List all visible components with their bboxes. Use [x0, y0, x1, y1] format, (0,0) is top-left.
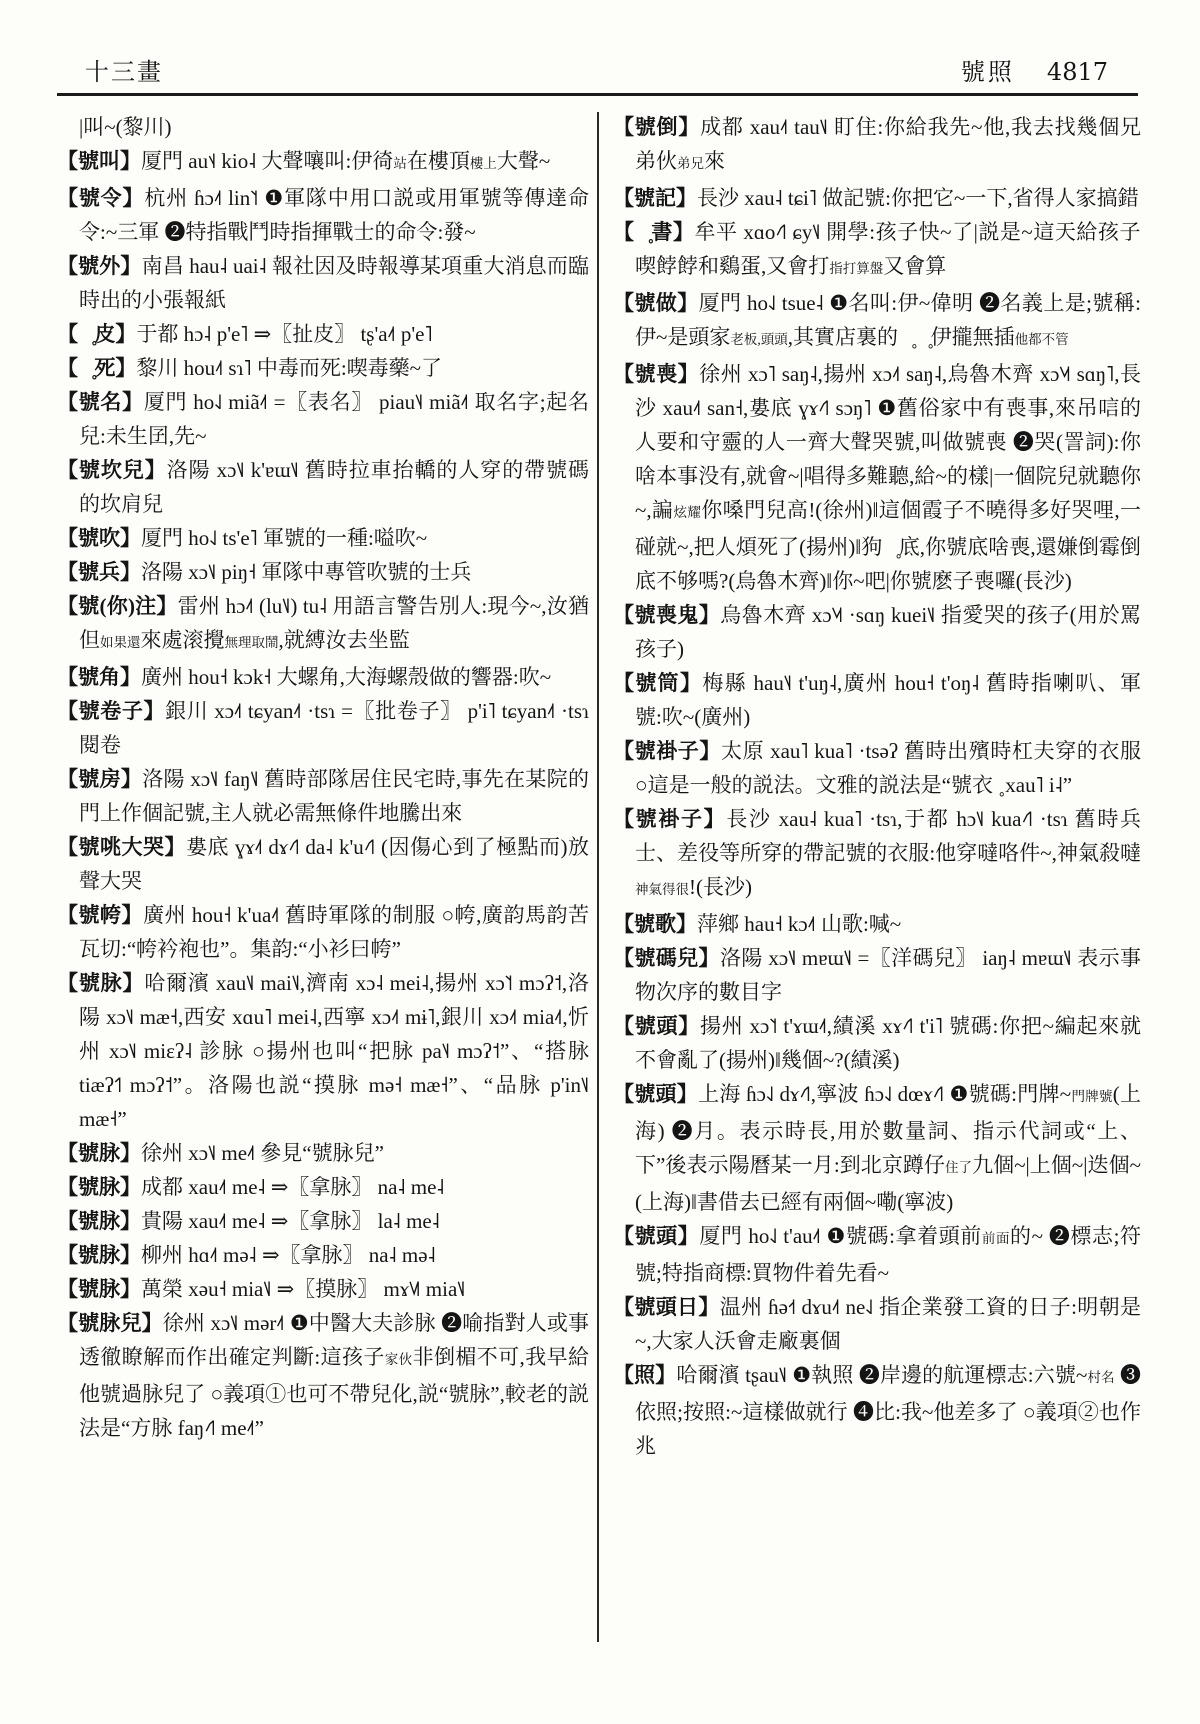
entry-headword: 【號褂子】	[613, 807, 726, 831]
entry-headword: 【號吹】	[57, 526, 141, 550]
inline-gloss: 神氣得很	[635, 882, 689, 897]
entry-headword: 【號脉】	[57, 1243, 141, 1267]
inline-gloss: 門牌號	[1071, 1089, 1113, 1104]
dictionary-entry: 【號脉】貴陽 xau˨˦ me˨ ⇒〖拿脉〗 la˨ me˨	[57, 1204, 589, 1238]
page-header: 十三畫 號照 4817	[57, 52, 1140, 92]
dictionary-entry: 【號脉】哈爾濱 xau˥˩ mai˥˩,濟南 xɔ˨ mei˨,揚州 xɔ˥˦ …	[57, 966, 589, 1136]
entry-text: 在樓頂	[407, 149, 470, 173]
dictionary-entry: 【號頭】厦門 ho˨˩ t'au˨˦ ❶號碼:拿着頭前前面的~ ❷標志;符號;特…	[613, 1219, 1141, 1290]
inline-gloss: 如果還	[100, 635, 141, 650]
entry-text: |叫~(黎川)	[79, 115, 172, 139]
page-number: 4817	[1047, 58, 1108, 86]
entry-headword: 【號脉】	[57, 1141, 141, 1165]
entry-text: 厦門 ho˨˩ ts'e˥ 軍號的一種:嗌吹~	[141, 526, 427, 550]
entry-headword: 【號名】	[57, 390, 144, 414]
dictionary-entry: 【號喪】徐州 xɔ˥ saŋ˨,揚州 xɔ˨˦ saŋ˨,烏魯木齊 xɔ˥˨˦ …	[613, 357, 1141, 598]
entry-headword: 【號外】	[57, 254, 142, 278]
entry-text: 厦門 ho˨˩ miã˨˦ =〖表名〗 piau˥˨ miã˨˦ 取名字;起名兒…	[79, 390, 589, 448]
entry-text: 萍鄉 hau˧ kɔ˨˦ 山歌:喊~	[697, 912, 901, 936]
entry-text: 柳州 hɑ˨˦ mə˨ ⇒〖拿脉〗 na˨ mə˨	[141, 1243, 436, 1267]
inline-gloss: 村名	[1087, 1370, 1114, 1385]
entry-headword: 【號喪】	[613, 362, 699, 386]
entry-text: 南昌 hau˨ uai˨ 報社因及時報導某項重大消息而臨時出的小張報紙	[79, 254, 589, 312]
entry-headword: 【號̥皮】	[57, 322, 136, 346]
header-rule	[57, 93, 1138, 96]
inline-gloss: 指打算盤	[829, 261, 883, 276]
entry-text: 洛陽 xɔ˥˩ piŋ˧ 軍隊中專管吹號的士兵	[141, 560, 471, 584]
dictionary-entry: 【號歌】萍鄉 hau˧ kɔ˨˦ 山歌:喊~	[613, 907, 1141, 941]
entry-headword: 【號倒】	[613, 115, 700, 139]
inline-gloss: 弟兄	[677, 156, 704, 171]
entry-headword: 【號脉】	[57, 971, 144, 995]
section-title: 十三畫	[85, 52, 163, 87]
dictionary-entry: 【號脉】萬榮 xəu˧ mia˥˩ ⇒〖摸脉〗 mɤ˥˩˥ mia˥˩	[57, 1272, 589, 1306]
right-column: 【號倒】成都 xau˨˦ tau˥˩ 盯住:你給我先~他,我去找幾個兄弟伙弟兄來…	[613, 110, 1141, 1463]
entry-text: 哈爾濱 tʂau˥˩ ❶執照 ❷岸邊的航運標志:六號~	[676, 1363, 1087, 1387]
column-divider	[597, 112, 599, 1642]
entry-headword: 【號頭日】	[613, 1295, 720, 1319]
inline-gloss: 炫耀	[673, 505, 701, 520]
entry-text: ,其實店裏的代̥志̥伊攏無插	[788, 325, 1015, 349]
dictionary-entry: 【號碼兒】洛陽 xɔ˥˩ mɐɯ˥˩ =〖洋碼兒〗 iaŋ˨ mɐɯ˥˩ 表示事…	[613, 941, 1141, 1009]
entry-headword: 【號房】	[57, 767, 142, 791]
entry-text: 梅縣 hau˥˨ t'uŋ˨,廣州 hou˧ t'oŋ˨ 舊時指喇叭、軍號:吹~…	[635, 671, 1141, 729]
dictionary-entry: 【照】哈爾濱 tʂau˥˩ ❶執照 ❷岸邊的航運標志:六號~村名 ❸依照;按照:…	[613, 1358, 1141, 1463]
dictionary-entry: 【號̥皮】于都 hɔ˨ p'e˥ ⇒〖扯皮〗 tʂ'a˨˦ p'e˥	[57, 317, 589, 351]
entry-headword: 【號脉】	[57, 1209, 141, 1233]
dictionary-entry: 【號(你)注】雷州 hɔ˨˦ (lu˥˩) tu˨ 用語言警告別人:現今~,汝猶…	[57, 589, 589, 660]
entry-text: 又會算	[883, 254, 946, 278]
inline-gloss: 無理取鬧	[225, 635, 279, 650]
entry-headword: 【號記】	[613, 186, 697, 210]
entry-headword: 【號̥書】	[613, 220, 694, 244]
dictionary-entry: 【號褂子】太原 xau˥ kua˥ ·tsəʔ 舊時出殯時杠夫穿的衣服 ○這是一…	[613, 734, 1141, 802]
entry-text: 洛陽 xɔ˥˩ faŋ˥˩ 舊時部隊居住民宅時,事先在某院的門上作個記號,主人就…	[79, 767, 589, 825]
entry-headword: 【號褂子】	[613, 739, 721, 763]
entry-text: 揚州 xɔ˥˦ t'ɤɯ˨˦,績溪 xɤ˨˦˥ t'i˥ 號碼:你把~編起來就不…	[635, 1014, 1141, 1072]
entry-headword: 【號做】	[613, 291, 699, 315]
dictionary-entry: 【號卷子】銀川 xɔ˨˦ tɕyan˨˦ ·tsɿ =〖批卷子〗 p'i˥ tɕ…	[57, 694, 589, 762]
dictionary-entry: 【號做】厦門 ho˨˩ tsue˨ ❶名叫:伊~偉明 ❷名義上是;號稱:伊~是頭…	[613, 286, 1141, 357]
entry-headword: 【號㡁】	[57, 903, 143, 927]
entry-headword: 【號脉兒】	[57, 1311, 163, 1335]
left-column: |叫~(黎川)【號叫】厦門 au˦˨ kio˨ 大聲嚷叫:伊徛站在樓頂樓上大聲~…	[57, 110, 589, 1445]
entry-headword: 【照】	[613, 1363, 676, 1387]
entry-headword: 【號咷大哭】	[57, 835, 186, 859]
entry-text: 廣州 hou˧ kɔk˧ 大螺角,大海螺殼做的響器:吹~	[141, 665, 551, 689]
dictionary-entry: 【號褂子】長沙 xau˨ kua˥ ·tsɿ,于都 hɔ˥˩ kua˨˦˥ ·t…	[613, 802, 1141, 907]
inline-gloss: 他都不管	[1015, 332, 1069, 347]
entry-headword: 【號脉】	[57, 1175, 141, 1199]
dictionary-entry: 【號記】長沙 xau˨ tɕi˥ 做記號:你把它~一下,省得人家搞錯	[613, 181, 1141, 215]
dictionary-entry: 【號頭】上海 ɦɔ˨˩ dɤ˨˦˥,寧波 ɦɔ˨˩ dœɤ˨˦˥ ❶號碼:門牌~…	[613, 1077, 1141, 1219]
entry-text: 厦門 ho˨˩ t'au˨˦ ❶號碼:拿着頭前	[699, 1224, 982, 1248]
entry-text: 上海 ɦɔ˨˩ dɤ˨˦˥,寧波 ɦɔ˨˩ dœɤ˨˦˥ ❶號碼:門牌~	[698, 1082, 1071, 1106]
inline-gloss: 住了	[945, 1160, 972, 1175]
entry-text: 于都 hɔ˨ p'e˥ ⇒〖扯皮〗 tʂ'a˨˦ p'e˥	[136, 322, 432, 346]
entry-headword: 【號角】	[57, 665, 141, 689]
entry-text: ,就縛汝去坐監	[279, 628, 410, 652]
entry-text: 哈爾濱 xau˥˩ mai˥˩,濟南 xɔ˨ mei˨,揚州 xɔ˥˦ mɔʔ˦…	[79, 971, 589, 1131]
dictionary-entry: 【號脉兒】徐州 xɔ˥˩ mər˨˦ ❶中醫大夫診脉 ❷喻指對人或事透徹瞭解而作…	[57, 1306, 589, 1445]
dictionary-entry: 【號㡁】廣州 hou˧ k'ua˨˦ 舊時軍隊的制服 ○㡁,廣韵馬韵苦瓦切:“㡁…	[57, 898, 589, 966]
entry-text: 成都 xau˨˦ me˨ ⇒〖拿脉〗 na˨ me˨	[141, 1175, 444, 1199]
inline-gloss: 站	[393, 156, 407, 171]
dictionary-entry: 【號喪鬼】烏魯木齊 xɔ˥˨˦ ·sɑŋ kuei˥˩ 指愛哭的孩子(用於罵孩子…	[613, 598, 1141, 666]
entry-continuation: |叫~(黎川)	[57, 110, 589, 144]
entry-headword: 【號喪鬼】	[613, 603, 720, 627]
entry-text: 貴陽 xau˨˦ me˨ ⇒〖拿脉〗 la˨ me˨	[141, 1209, 440, 1233]
entry-headword: 【號碼兒】	[613, 946, 720, 970]
dictionary-entry: 【號̥死】黎川 hou˨˦ sɿ˥ 中毒而死:喫毒藥~了	[57, 351, 589, 385]
entry-text: 你嗓門兒高!(徐州)‖這個霞子不曉得多好哭哩,一碰就~,把人煩死了(揚州)‖狗日…	[635, 498, 1141, 593]
dictionary-entry: 【號脉】成都 xau˨˦ me˨ ⇒〖拿脉〗 na˨ me˨	[57, 1170, 589, 1204]
dictionary-entry: 【號名】厦門 ho˨˩ miã˨˦ =〖表名〗 piau˥˨ miã˨˦ 取名字…	[57, 385, 589, 453]
inline-gloss: 樓上	[470, 156, 497, 171]
entry-headword: 【號卷子】	[57, 699, 165, 723]
dictionary-entry: 【號角】廣州 hou˧ kɔk˧ 大螺角,大海螺殼做的響器:吹~	[57, 660, 589, 694]
dictionary-entry: 【號筒】梅縣 hau˥˨ t'uŋ˨,廣州 hou˧ t'oŋ˨ 舊時指喇叭、軍…	[613, 666, 1141, 734]
inline-gloss: 家伙	[385, 1352, 413, 1367]
entry-headword: 【號脉】	[57, 1277, 141, 1301]
dictionary-entry: 【號兵】洛陽 xɔ˥˩ piŋ˧ 軍隊中專管吹號的士兵	[57, 555, 589, 589]
entry-text: !(長沙)	[689, 875, 752, 899]
entry-text: 來	[704, 149, 725, 173]
entry-headword: 【號頭】	[613, 1014, 700, 1038]
dictionary-entry: 【號頭】揚州 xɔ˥˦ t'ɤɯ˨˦,績溪 xɤ˨˦˥ t'i˥ 號碼:你把~編…	[613, 1009, 1141, 1077]
entry-text: 厦門 au˦˨ kio˨ 大聲嚷叫:伊徛	[141, 149, 393, 173]
dictionary-entry: 【號頭日】温州 ɦə˧˦ dɤu˨˦ ne˨˩ 指企業發工資的日子:明朝是~,大…	[613, 1290, 1141, 1358]
entry-text: 萬榮 xəu˧ mia˥˩ ⇒〖摸脉〗 mɤ˥˩˥ mia˥˩	[141, 1277, 465, 1301]
inline-gloss: 老板,頭頭	[730, 332, 787, 347]
entry-text: 來處滚攪	[141, 628, 225, 652]
entry-text: 廣州 hou˧ k'ua˨˦ 舊時軍隊的制服 ○㡁,廣韵馬韵苦瓦切:“㡁衿袍也”…	[79, 903, 589, 961]
dictionary-entry: 【號令】杭州 ɦɔ˨˦ lin˥˦ ❶軍隊中用口説或用軍號等傳達命令:~三軍 ❷…	[57, 181, 589, 249]
dictionary-entry: 【號脉】徐州 xɔ˥˩ me˨˦ 參見“號脉兒”	[57, 1136, 589, 1170]
entry-headword: 【號筒】	[613, 671, 702, 695]
dictionary-entry: 【號倒】成都 xau˨˦ tau˥˩ 盯住:你給我先~他,我去找幾個兄弟伙弟兄來	[613, 110, 1141, 181]
entry-text: 杭州 ɦɔ˨˦ lin˥˦ ❶軍隊中用口説或用軍號等傳達命令:~三軍 ❷特指戰鬥…	[79, 186, 589, 244]
entry-headword: 【號叫】	[57, 149, 141, 173]
entry-headword: 【號兵】	[57, 560, 141, 584]
entry-text: 長沙 xau˨ tɕi˥ 做記號:你把它~一下,省得人家搞錯	[697, 186, 1139, 210]
entry-headword: 【號坎兒】	[57, 458, 167, 482]
entry-text: 黎川 hou˨˦ sɿ˥ 中毒而死:喫毒藥~了	[136, 356, 442, 380]
dictionary-entry: 【號脉】柳州 hɑ˨˦ mə˨ ⇒〖拿脉〗 na˨ mə˨	[57, 1238, 589, 1272]
dictionary-entry: 【號外】南昌 hau˨ uai˨ 報社因及時報導某項重大消息而臨時出的小張報紙	[57, 249, 589, 317]
inline-gloss: 前面	[982, 1231, 1010, 1246]
guide-word: 號照	[961, 60, 1015, 86]
entry-headword: 【號̥死】	[57, 356, 136, 380]
dictionary-entry: 【號坎兒】洛陽 xɔ˥˩ k'ɐɯ˥˩ 舊時拉車抬轎的人穿的帶號碼的坎肩兒	[57, 453, 589, 521]
dictionary-entry: 【號吹】厦門 ho˨˩ ts'e˥ 軍號的一種:嗌吹~	[57, 521, 589, 555]
dictionary-entry: 【號房】洛陽 xɔ˥˩ faŋ˥˩ 舊時部隊居住民宅時,事先在某院的門上作個記號…	[57, 762, 589, 830]
entry-headword: 【號歌】	[613, 912, 697, 936]
entry-text: 大聲~	[497, 149, 550, 173]
dictionary-page: 十三畫 號照 4817 |叫~(黎川)【號叫】厦門 au˦˨ kio˨ 大聲嚷叫…	[0, 0, 1200, 1724]
entry-headword: 【號頭】	[613, 1224, 699, 1248]
entry-headword: 【號令】	[57, 186, 144, 210]
header-right: 號照 4817	[961, 52, 1108, 87]
dictionary-entry: 【號̥書】牟平 xɑo˨˦˥ ɕy˥˩ 開學:孩子快~了|説是~這天給孩子喫餑餑…	[613, 215, 1141, 286]
entry-headword: 【號頭】	[613, 1082, 698, 1106]
dictionary-entry: 【號叫】厦門 au˦˨ kio˨ 大聲嚷叫:伊徛站在樓頂樓上大聲~	[57, 144, 589, 181]
entry-headword: 【號(你)注】	[57, 594, 178, 618]
entry-text: 徐州 xɔ˥˩ me˨˦ 參見“號脉兒”	[141, 1141, 384, 1165]
dictionary-entry: 【號咷大哭】婁底 ɣɤ˨˦ dɤ˨˦˥ da˨ k'u˨˦˥ (因傷心到了極點而…	[57, 830, 589, 898]
